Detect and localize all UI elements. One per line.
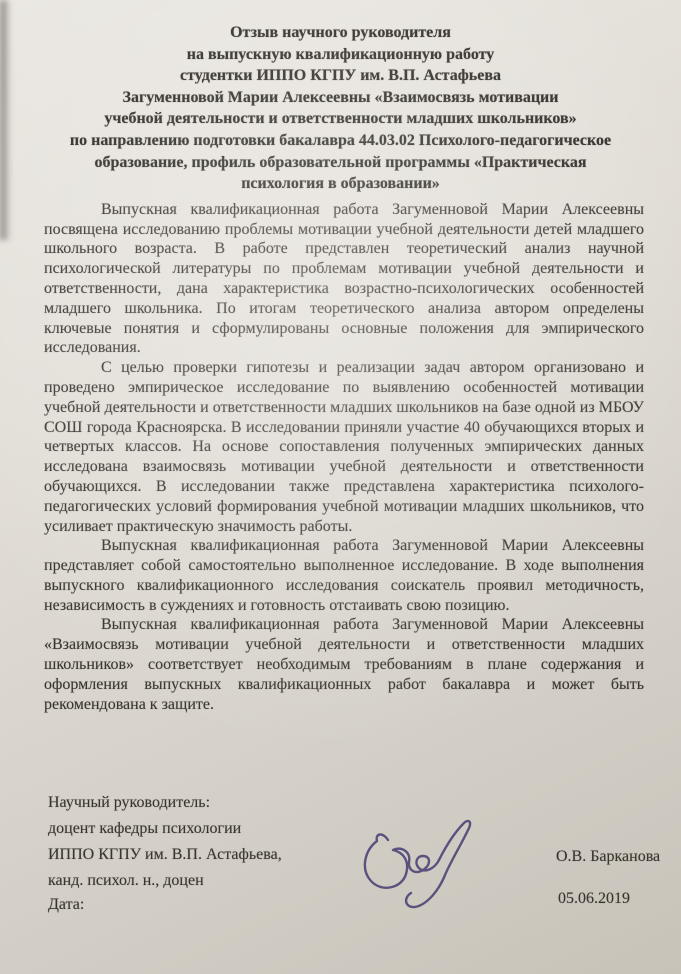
signature-date: 05.06.2019 bbox=[558, 890, 630, 908]
title-line-8: психология в образовании» bbox=[0, 173, 681, 195]
review-body: Выпускная квалификационная работа Загуме… bbox=[44, 200, 644, 715]
handwritten-signature-icon bbox=[350, 808, 510, 930]
title-line-6: по направлению подготовки бакалавра 44.0… bbox=[0, 130, 681, 152]
supervisor-signature-block: Научный руководитель: доцент кафедры пси… bbox=[48, 790, 282, 894]
date-label: Дата: bbox=[48, 896, 84, 914]
title-line-5: учебной деятельности и ответственности м… bbox=[0, 108, 681, 130]
paragraph-empirical-study: С целью проверки гипотезы и реализации з… bbox=[44, 358, 644, 536]
signature-stroke-letters bbox=[409, 856, 439, 872]
title-line-7: образование, профиль образовательной про… bbox=[0, 152, 681, 174]
document-page: Отзыв научного руководителя на выпускную… bbox=[0, 0, 681, 974]
title-line-3: студентки ИППО КГПУ им. В.П. Астафьева bbox=[0, 65, 681, 87]
paragraph-recommendation: Выпускная квалификационная работа Загуме… bbox=[44, 615, 644, 714]
title-line-1: Отзыв научного руководителя bbox=[0, 22, 681, 44]
supervisor-role-line-3: ИППО КГПУ им. В.П. Астафьева, bbox=[48, 842, 282, 868]
title-line-4: Загуменновой Марии Алексеевны «Взаимосвя… bbox=[0, 87, 681, 109]
supervisor-role-line-1: Научный руководитель: bbox=[48, 790, 282, 816]
document-title: Отзыв научного руководителя на выпускную… bbox=[0, 0, 681, 195]
supervisor-role-line-2: доцент кафедры психологии bbox=[48, 816, 282, 842]
supervisor-role-line-4: канд. психол. н., доцен bbox=[48, 868, 282, 894]
title-line-2: на выпускную квалификационную работу bbox=[0, 44, 681, 66]
paragraph-independence: Выпускная квалификационная работа Загуме… bbox=[44, 536, 644, 615]
paragraph-summary-theory: Выпускная квалификационная работа Загуме… bbox=[44, 200, 644, 358]
signature-stroke-loop bbox=[365, 834, 409, 887]
signer-name: О.В. Барканова bbox=[556, 848, 660, 866]
